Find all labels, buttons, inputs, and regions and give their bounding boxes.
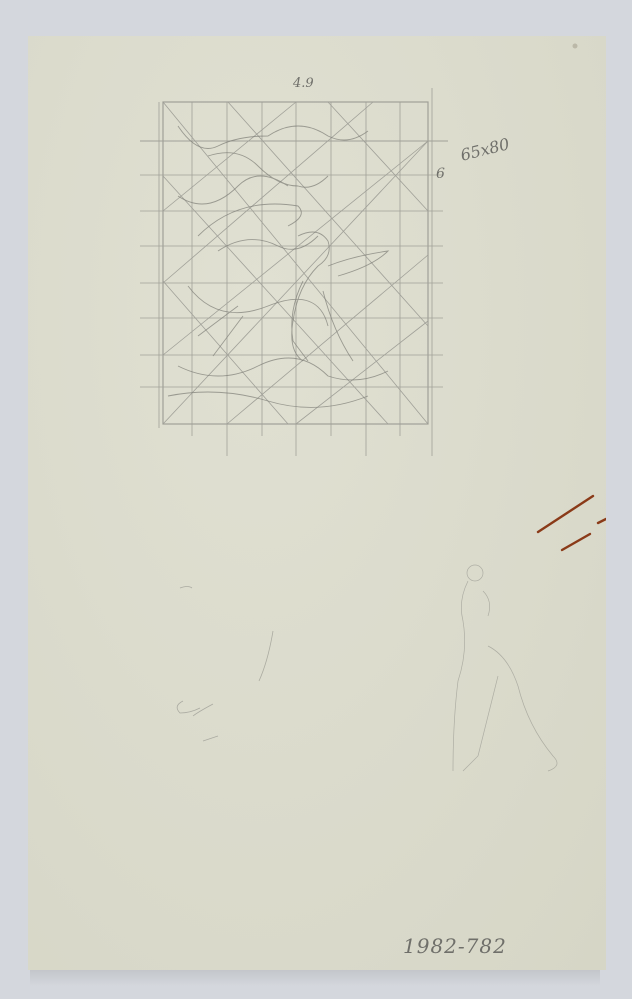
top-number-annotation: 4.9	[293, 76, 314, 91]
drawing-sheet: 4.9 65x80 6 1982-782	[28, 36, 606, 970]
inventory-number: 1982-782	[403, 934, 507, 958]
winged-figure-sketch	[168, 126, 388, 407]
faint-figure-sketch	[453, 565, 557, 771]
sketch-layer	[28, 36, 606, 970]
side-mark-annotation: 6	[436, 166, 445, 182]
paper-spot	[573, 44, 578, 49]
faint-scribbles	[177, 587, 273, 742]
rust-marks	[538, 496, 606, 550]
squaring-grid	[140, 88, 448, 456]
